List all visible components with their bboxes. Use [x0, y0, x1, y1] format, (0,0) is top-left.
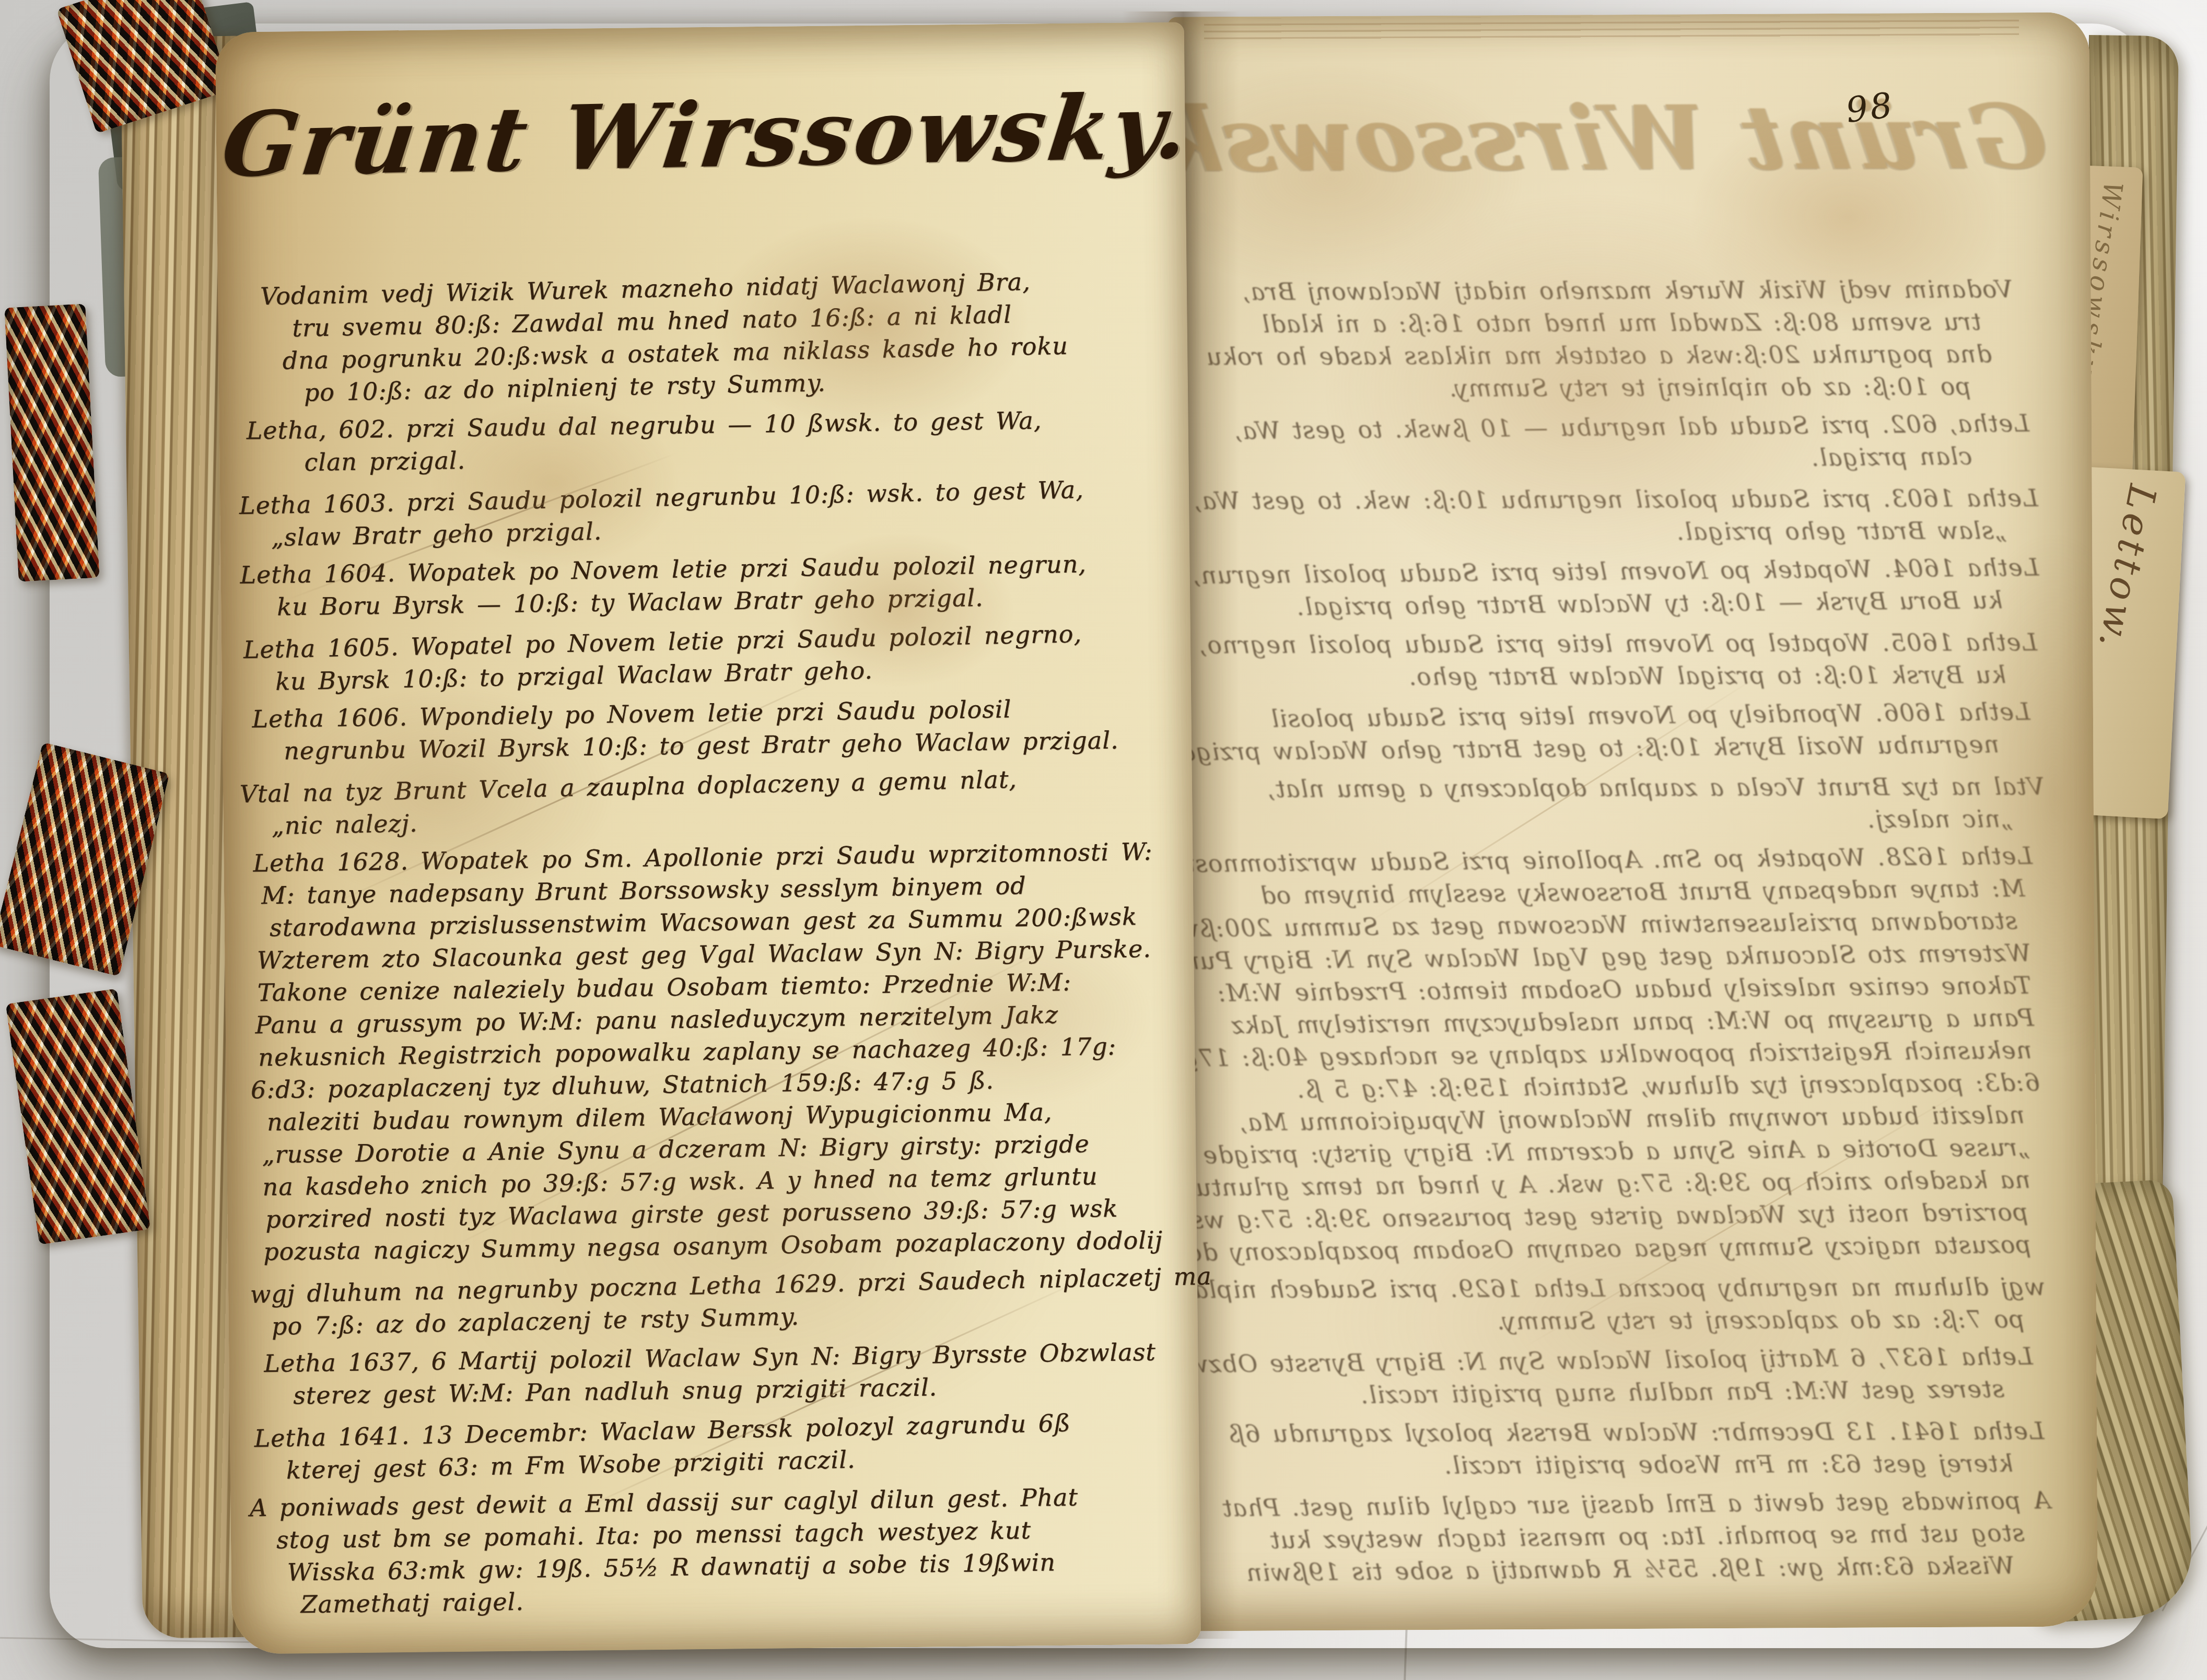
page-number: 98: [1843, 85, 1896, 131]
manuscript-photo: Wirssowsky Lettow. Grünt Wirssowsky. Vod…: [0, 0, 2207, 1680]
index-tab-label: Lettow.: [2089, 481, 2165, 656]
fabric-bookmark: [4, 304, 99, 581]
right-page: Grünt Wirssowsky. Vodanim vedj Wizik Wur…: [1167, 12, 2098, 1631]
paper-stains: [215, 22, 1201, 1654]
left-page: Grünt Wirssowsky. Vodanim vedj Wizik Wur…: [215, 22, 1201, 1654]
paper-stains: [1167, 12, 2098, 1631]
